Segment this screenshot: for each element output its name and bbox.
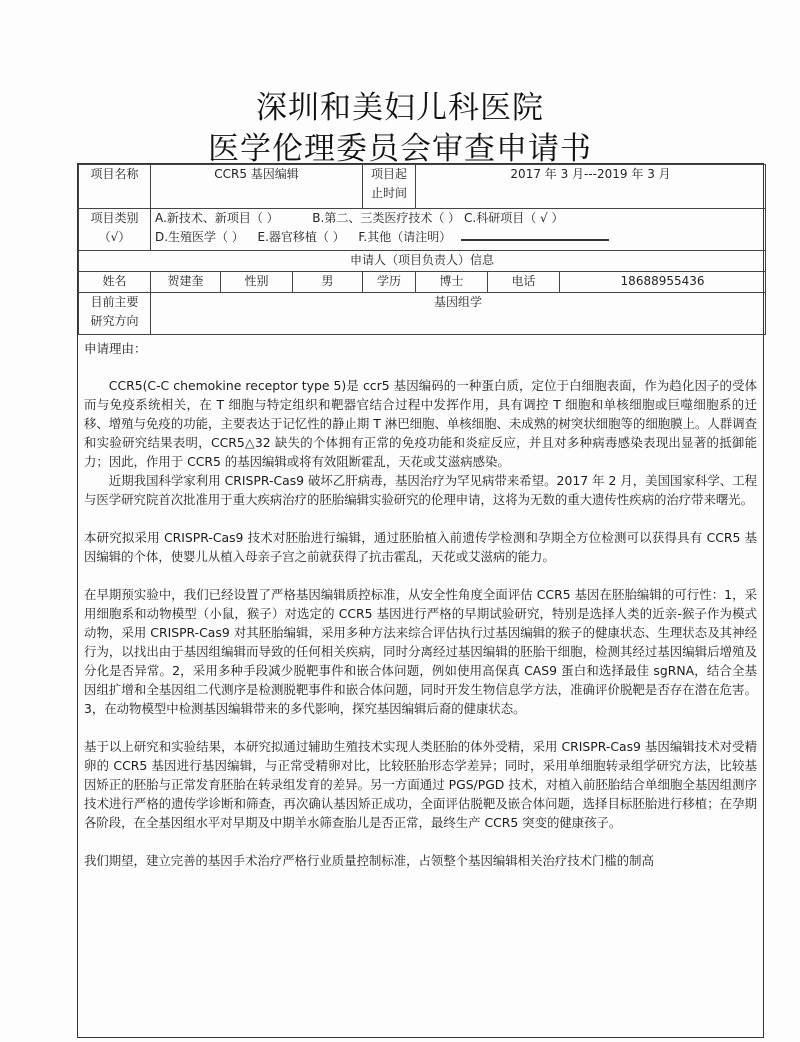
name-value: 贺建奎: [151, 272, 221, 293]
education-value: 博士: [416, 272, 488, 293]
reason-paragraph-4: 在早期预实验中，我们已经设置了严格基因编辑质控标准，从安全性角度全面评估 CCR…: [84, 585, 757, 718]
application-reason-label: 申请理由：: [84, 339, 757, 358]
application-reason-section: 申请理由： CCR5(C-C chemokine receptor type 5…: [78, 335, 763, 1037]
project-period-label: 项目起止时间: [363, 165, 416, 209]
ethics-application-form: 项目名称 CCR5 基因编辑 项目起止时间 2017 年 3 月---2019 …: [77, 163, 764, 1038]
research-direction-label: 目前主要研究方向: [79, 293, 151, 335]
research-direction-value: 基因组学: [151, 293, 766, 335]
project-period-value: 2017 年 3 月---2019 年 3 月: [416, 165, 766, 209]
project-category-label: 项目类别 （√）: [79, 209, 151, 251]
category-option-e[interactable]: E.器官移植（ ）: [258, 230, 345, 244]
category-option-f[interactable]: F.其他（请注明）: [358, 230, 451, 244]
education-label: 学历: [363, 272, 416, 293]
reason-paragraph-1: CCR5(C-C chemokine receptor type 5)是 ccr…: [84, 376, 757, 471]
project-category-row: 项目类别 （√） A.新技术、新项目（ ） B.第二、三类医疗技术（ ） C.科…: [79, 209, 766, 251]
applicant-info-row: 姓名 贺建奎 性别 男 学历 博士 电话 18688955436: [79, 272, 766, 293]
gender-label: 性别: [221, 272, 293, 293]
hospital-name-title: 深圳和美妇儿科医院: [0, 82, 800, 127]
project-category-options: A.新技术、新项目（ ） B.第二、三类医疗技术（ ） C.科研项目（ √ ） …: [151, 209, 766, 251]
name-label: 姓名: [79, 272, 151, 293]
project-name-value: CCR5 基因编辑: [151, 165, 363, 209]
category-other-blank[interactable]: [461, 239, 609, 241]
reason-paragraph-3: 本研究拟采用 CRISPR-Cas9 技术对胚胎进行编辑，通过胚胎植入前遗传学检…: [84, 528, 757, 566]
applicant-section-header: 申请人（项目负责人）信息: [79, 251, 766, 272]
gender-value: 男: [293, 272, 363, 293]
reason-paragraph-6: 我们期望，建立完善的基因手术治疗严格行业质量控制标准，占领整个基因编辑相关治疗技…: [84, 851, 757, 870]
project-category-label-line1: 项目类别: [83, 209, 146, 228]
applicant-section-header-row: 申请人（项目负责人）信息: [79, 251, 766, 272]
phone-label: 电话: [488, 272, 560, 293]
project-name-label: 项目名称: [79, 165, 151, 209]
reason-paragraph-5: 基于以上研究和实验结果，本研究拟通过辅助生殖技术实现人类胚胎的体外受精，采用 C…: [84, 737, 757, 832]
category-option-d[interactable]: D.生殖医学（ ）: [155, 230, 244, 244]
category-option-b[interactable]: B.第二、三类医疗技术（ ）: [312, 211, 460, 225]
phone-value: 18688955436: [560, 272, 766, 293]
category-option-c[interactable]: C.科研项目（ √ ）: [464, 211, 563, 225]
form-title: 医学伦理委员会审查申请书: [0, 123, 800, 168]
research-direction-row: 目前主要研究方向 基因组学: [79, 293, 766, 335]
project-category-label-line2: （√）: [83, 228, 146, 247]
reason-paragraph-2: 近期我国科学家利用 CRISPR-Cas9 破坏乙肝病毒，基因治疗为罕见病带来希…: [84, 471, 757, 509]
application-info-table: 项目名称 CCR5 基因编辑 项目起止时间 2017 年 3 月---2019 …: [78, 164, 766, 335]
category-option-a[interactable]: A.新技术、新项目（ ）: [155, 211, 279, 225]
category-options-line1: A.新技术、新项目（ ） B.第二、三类医疗技术（ ） C.科研项目（ √ ）: [155, 209, 761, 228]
project-name-row: 项目名称 CCR5 基因编辑 项目起止时间 2017 年 3 月---2019 …: [79, 165, 766, 209]
category-options-line2: D.生殖医学（ ） E.器官移植（ ） F.其他（请注明）: [155, 228, 761, 247]
